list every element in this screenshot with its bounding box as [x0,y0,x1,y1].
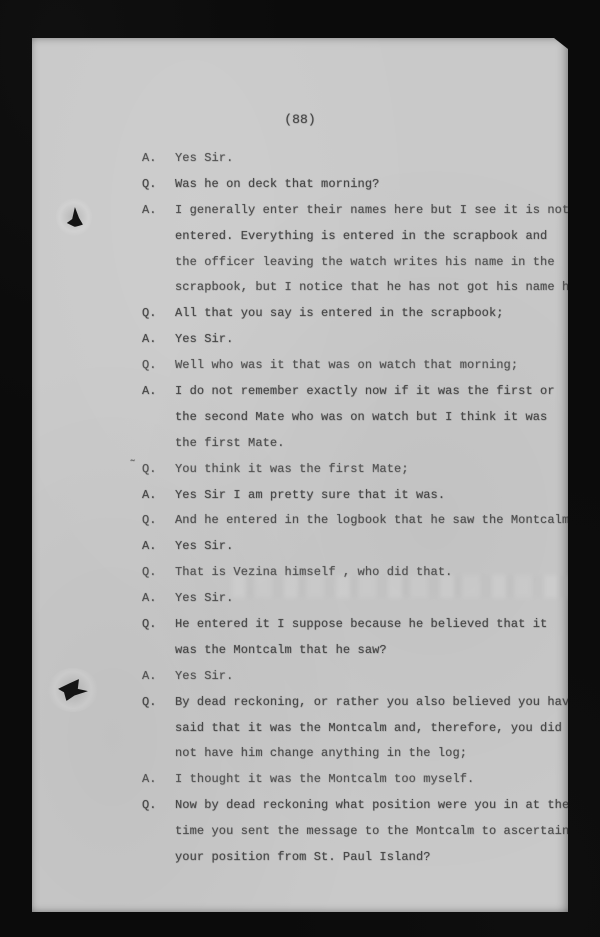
transcript-line: said that it was the Montcalm and, there… [32,721,568,747]
transcript-line: scrapbook, but I notice that he has not … [32,280,568,306]
line-text: said that it was the Montcalm and, there… [175,721,562,735]
line-text: I generally enter their names here but I… [175,203,584,217]
transcript-line: Q.And he entered in the logbook that he … [32,513,568,539]
speaker-label: A. [142,203,175,217]
line-text: I thought it was the Montcalm too myself… [175,772,474,786]
line-text: Yes Sir. [175,591,233,605]
transcript-line: the first Mate. [32,436,568,462]
line-text: All that you say is entered in the scrap… [175,306,504,320]
speaker-label: Q. [142,695,175,709]
transcript-line: the second Mate who was on watch but I t… [32,410,568,436]
line-text: By dead reckoning, or rather you also be… [175,695,577,709]
transcript-line: A.I thought it was the Montcalm too myse… [32,772,568,798]
speaker-label: A. [142,151,175,165]
paper-sheet: (88) A.Yes Sir.Q.Was he on deck that mor… [32,38,568,912]
line-text: You think it was the first Mate; [175,462,409,476]
transcript-line: A.Yes Sir I am pretty sure that it was. [32,488,568,514]
speaker-label: A. [142,384,175,398]
line-text: time you sent the message to the Montcal… [175,824,569,838]
transcript-line: was the Montcalm that he saw? [32,643,568,669]
line-text: Yes Sir. [175,539,233,553]
line-text: Well who was it that was on watch that m… [175,358,518,372]
line-text: Now by dead reckoning what position were… [175,798,569,812]
transcript-line: Q.You think it was the first Mate; [32,462,568,488]
line-text: entered. Everything is entered in the sc… [175,229,547,243]
transcript-line: Q.All that you say is entered in the scr… [32,306,568,332]
speaker-label: Q. [142,358,175,372]
speaker-label: A. [142,332,175,346]
speaker-label: Q. [142,462,175,476]
transcript-line: the officer leaving the watch writes his… [32,255,568,281]
speaker-label: Q. [142,306,175,320]
transcript-line: Q.Now by dead reckoning what position we… [32,798,568,824]
line-text: the officer leaving the watch writes his… [175,255,555,269]
line-text: I do not remember exactly now if it was … [175,384,555,398]
transcript-line: Q.By dead reckoning, or rather you also … [32,695,568,721]
speaker-label: A. [142,488,175,502]
transcript-line: entered. Everything is entered in the sc… [32,229,568,255]
line-text: And he entered in the logbook that he sa… [175,513,569,527]
speaker-label: A. [142,591,175,605]
line-text: your position from St. Paul Island? [175,850,431,864]
transcript-line: A.Yes Sir. [32,539,568,565]
speaker-label: Q. [142,617,175,631]
line-text: Yes Sir I am pretty sure that it was. [175,488,445,502]
page-number: (88) [32,112,568,127]
speaker-label: Q. [142,798,175,812]
transcript-line: Q.He entered it I suppose because he bel… [32,617,568,643]
scanned-page-photo: (88) A.Yes Sir.Q.Was he on deck that mor… [0,0,600,937]
transcript-line: A.Yes Sir. [32,151,568,177]
transcript-line: your position from St. Paul Island? [32,850,568,876]
speaker-label: Q. [142,177,175,191]
line-text: Yes Sir. [175,669,233,683]
transcript-line: A.I generally enter their names here but… [32,203,568,229]
line-text: Yes Sir. [175,332,233,346]
transcript-line: A.Yes Sir. [32,332,568,358]
transcript-line: A.Yes Sir. [32,669,568,695]
line-text: scrapbook, but I notice that he has not … [175,280,584,294]
line-text: the first Mate. [175,436,285,450]
transcript-line: Q.Well who was it that was on watch that… [32,358,568,384]
speaker-label: A. [142,772,175,786]
line-text: the second Mate who was on watch but I t… [175,410,547,424]
speaker-label: A. [142,539,175,553]
transcript-line: Q.Was he on deck that morning? [32,177,568,203]
transcript-line: not have him change anything in the log; [32,746,568,772]
transcript-line: Q.That is Vezina himself , who did that. [32,565,568,591]
line-text: He entered it I suppose because he belie… [175,617,547,631]
line-text: Was he on deck that morning? [175,177,379,191]
speaker-label: Q. [142,565,175,579]
speaker-label: A. [142,669,175,683]
transcript-body: A.Yes Sir.Q.Was he on deck that morning?… [32,151,568,876]
speaker-label: Q. [142,513,175,527]
transcript-line: A.Yes Sir. [32,591,568,617]
transcript-line: time you sent the message to the Montcal… [32,824,568,850]
transcript-line: A.I do not remember exactly now if it wa… [32,384,568,410]
line-text: Yes Sir. [175,151,233,165]
line-text: That is Vezina himself , who did that. [175,565,452,579]
line-text: not have him change anything in the log; [175,746,467,760]
line-text: was the Montcalm that he saw? [175,643,387,657]
